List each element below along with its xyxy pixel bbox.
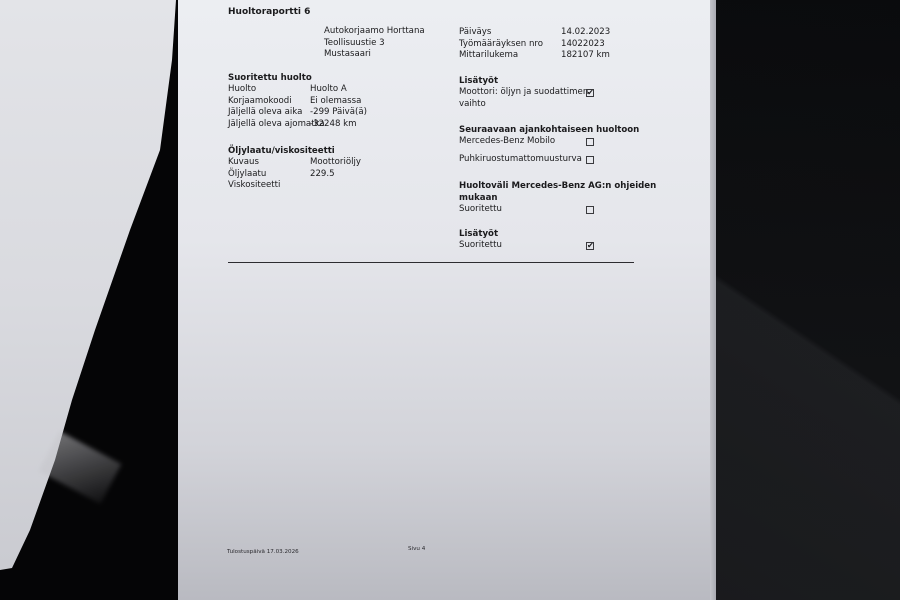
service-row: KorjaamokoodiEi olemassa bbox=[228, 96, 367, 108]
service-performed-section: Suoritettu huolto HuoltoHuolto A Korjaam… bbox=[228, 72, 367, 130]
surface-sheen bbox=[716, 0, 900, 600]
meta-value: 14022023 bbox=[561, 39, 605, 49]
section-heading: Huoltoväli Mercedes-Benz AG:n ohjeiden bbox=[459, 180, 639, 192]
row-value: -32248 km bbox=[310, 119, 357, 129]
row-value: -299 Päivä(ä) bbox=[310, 107, 367, 117]
meta-order-number: Työmääräyksen nro14022023 bbox=[459, 39, 610, 51]
workshop-name: Autokorjaamo Horttana bbox=[324, 26, 425, 38]
next-service-section: Seuraavaan ajankohtaiseen huoltoon Merce… bbox=[459, 124, 599, 166]
row-value: 229.5 bbox=[310, 169, 335, 179]
meta-value: 14.02.2023 bbox=[561, 27, 610, 37]
checkbox-unchecked bbox=[586, 138, 594, 146]
page-number: Sivu 4 bbox=[408, 546, 425, 552]
section-heading: Lisätyöt bbox=[459, 75, 599, 87]
workshop-city: Mustasaari bbox=[324, 49, 425, 61]
interval-item: Suoritettu bbox=[459, 204, 639, 216]
additional-work-item: Moottori: öljyn ja suodattimen vaihto ✔ bbox=[459, 87, 599, 110]
print-date: Tulostuspäivä 17.03.2026 bbox=[227, 549, 299, 555]
next-service-item: Mercedes-Benz Mobilo bbox=[459, 136, 599, 154]
service-row: HuoltoHuolto A bbox=[228, 84, 367, 96]
meta-odometer: Mittarilukema182107 km bbox=[459, 50, 610, 62]
additional-work-section: Lisätyöt Moottori: öljyn ja suodattimen … bbox=[459, 75, 599, 110]
workshop-address: Autokorjaamo Horttana Teollisuustie 3 Mu… bbox=[324, 26, 425, 61]
report-meta: Päiväys14.02.2023 Työmääräyksen nro14022… bbox=[459, 27, 610, 62]
workshop-street: Teollisuustie 3 bbox=[324, 38, 425, 50]
row-value: Ei olemassa bbox=[310, 96, 361, 106]
next-service-item: Puhkiruostumattomuusturva bbox=[459, 154, 599, 166]
report-title: Huoltoraportti 6 bbox=[228, 7, 310, 17]
item-label: Suoritettu bbox=[459, 204, 502, 214]
checkbox-checked: ✔ bbox=[586, 89, 594, 97]
meta-label: Päiväys bbox=[459, 27, 561, 39]
page-edge bbox=[710, 0, 716, 600]
checkbox-checked: ✔ bbox=[586, 242, 594, 250]
row-value: Huolto A bbox=[310, 84, 347, 94]
meta-label: Työmääräyksen nro bbox=[459, 39, 561, 51]
oil-row: Viskositeetti bbox=[228, 180, 361, 192]
section-heading-cont: mukaan bbox=[459, 192, 639, 204]
service-interval-section: Huoltoväli Mercedes-Benz AG:n ohjeiden m… bbox=[459, 180, 639, 216]
oil-row: KuvausMoottoriöljy bbox=[228, 157, 361, 169]
service-row: Jäljellä oleva aika-299 Päivä(ä) bbox=[228, 107, 367, 119]
section-heading: Seuraavaan ajankohtaiseen huoltoon bbox=[459, 124, 599, 136]
item-label: Puhkiruostumattomuusturva bbox=[459, 154, 582, 164]
oil-row: Öljylaatu229.5 bbox=[228, 169, 361, 181]
meta-value: 182107 km bbox=[561, 50, 610, 60]
additional-work-2-item: Suoritettu ✔ bbox=[459, 240, 599, 252]
section-heading: Lisätyöt bbox=[459, 228, 599, 240]
meta-date: Päiväys14.02.2023 bbox=[459, 27, 610, 39]
row-label: Kuvaus bbox=[228, 157, 310, 169]
section-heading: Öljylaatu/viskositeetti bbox=[228, 145, 361, 157]
service-row: Jäljellä oleva ajomatka-32248 km bbox=[228, 119, 367, 131]
checkbox-unchecked bbox=[586, 206, 594, 214]
row-label: Jäljellä oleva ajomatka bbox=[228, 119, 310, 131]
oil-section: Öljylaatu/viskositeetti KuvausMoottoriöl… bbox=[228, 145, 361, 192]
additional-work-2-section: Lisätyöt Suoritettu ✔ bbox=[459, 228, 599, 252]
item-label-line2: vaihto bbox=[459, 99, 599, 111]
service-report-page: Huoltoraportti 6 Autokorjaamo Horttana T… bbox=[178, 0, 716, 600]
meta-label: Mittarilukema bbox=[459, 50, 561, 62]
item-label-line1: Moottori: öljyn ja suodattimen bbox=[459, 87, 599, 99]
item-label: Suoritettu bbox=[459, 240, 502, 250]
row-label: Korjaamokoodi bbox=[228, 96, 310, 108]
row-label: Viskositeetti bbox=[228, 180, 310, 192]
checkbox-unchecked bbox=[586, 156, 594, 164]
row-label: Huolto bbox=[228, 84, 310, 96]
row-value: Moottoriöljy bbox=[310, 157, 361, 167]
item-label: Mercedes-Benz Mobilo bbox=[459, 136, 555, 146]
section-divider bbox=[228, 262, 634, 263]
row-label: Öljylaatu bbox=[228, 169, 310, 181]
section-heading: Suoritettu huolto bbox=[228, 72, 367, 84]
row-label: Jäljellä oleva aika bbox=[228, 107, 310, 119]
